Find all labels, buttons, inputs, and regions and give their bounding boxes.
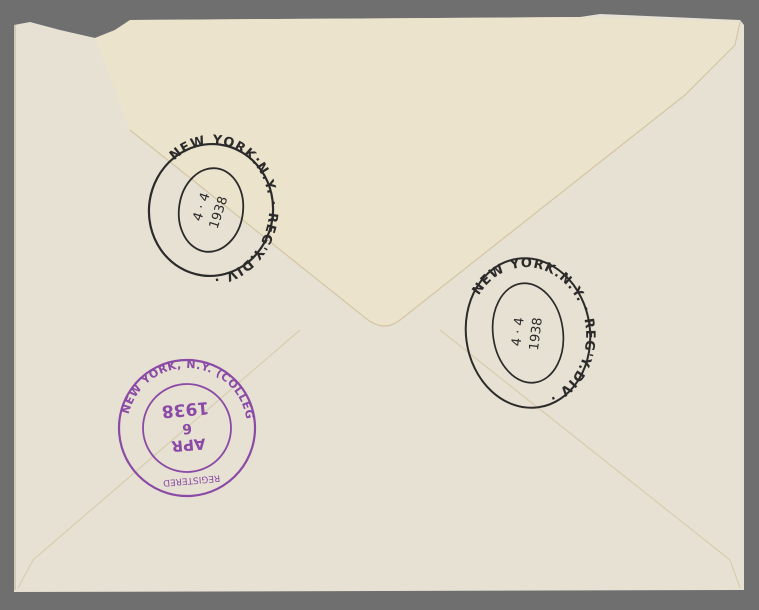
envelope-edge (14, 25, 16, 590)
postmark-year: 1938 (161, 397, 210, 421)
postmark-day: 6 (181, 420, 192, 437)
envelope-scene: NEW YORK:N.Y. · REG'Y.DIV · 4 · 4 1938 N… (0, 0, 759, 610)
postmark-month: APR (170, 434, 206, 455)
